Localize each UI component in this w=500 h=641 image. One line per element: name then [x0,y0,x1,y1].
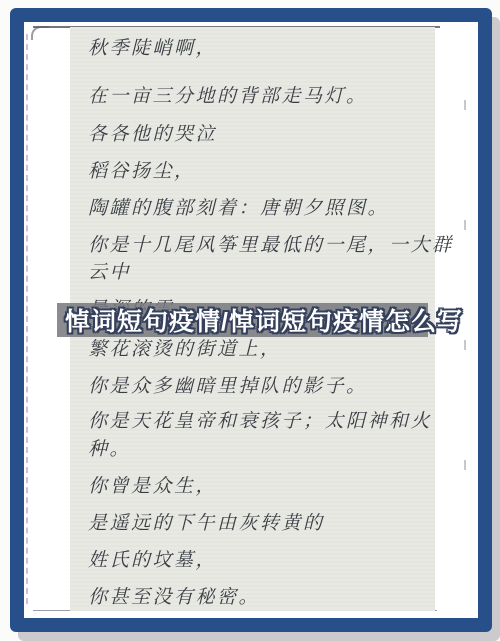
poem-line: 种。 [88,439,131,461]
poem-line: 姓氏的坟墓， [88,550,217,572]
poem-line: 在一亩三分地的背部走马灯。 [88,86,368,108]
page-edge-dashes-right [464,100,466,580]
poem-line: 秋季陡峭啊， [88,38,217,60]
poem-line: 你曾是众生， [88,476,217,498]
poem-line: 你是众多幽暗里掉队的影子。 [88,376,368,398]
poem-line: 稻谷扬尘， [88,161,196,183]
poem-line: 各各他的哭泣 [88,124,217,146]
page-curl-mark [31,26,49,40]
article-title-band: 悼词短句疫情/悼词短句疫情怎么写 [57,303,428,337]
poem-line: 你是天花皇帝和衰孩子；太阳神和火 [88,411,432,433]
poem-line: 你是十几尾风筝里最低的一尾，一大群 [88,235,454,257]
poem-line: 你甚至没有秘密。 [88,587,260,609]
scanned-article-image: 秋季陡峭啊，在一亩三分地的背部走马灯。各各他的哭泣稻谷扬尘，陶罐的腹部刻着：唐朝… [0,0,500,641]
page-edge-dashes-left [26,34,28,604]
article-title: 悼词短句疫情/悼词短句疫情怎么写 [65,302,463,338]
poem-line: 云中 [88,262,131,284]
poem-line: 繁花滚烫的街道上， [88,339,282,361]
poem-line: 是遥远的下午由灰转黄的 [88,513,325,535]
poem-line: 陶罐的腹部刻着：唐朝夕照图。 [88,198,389,220]
